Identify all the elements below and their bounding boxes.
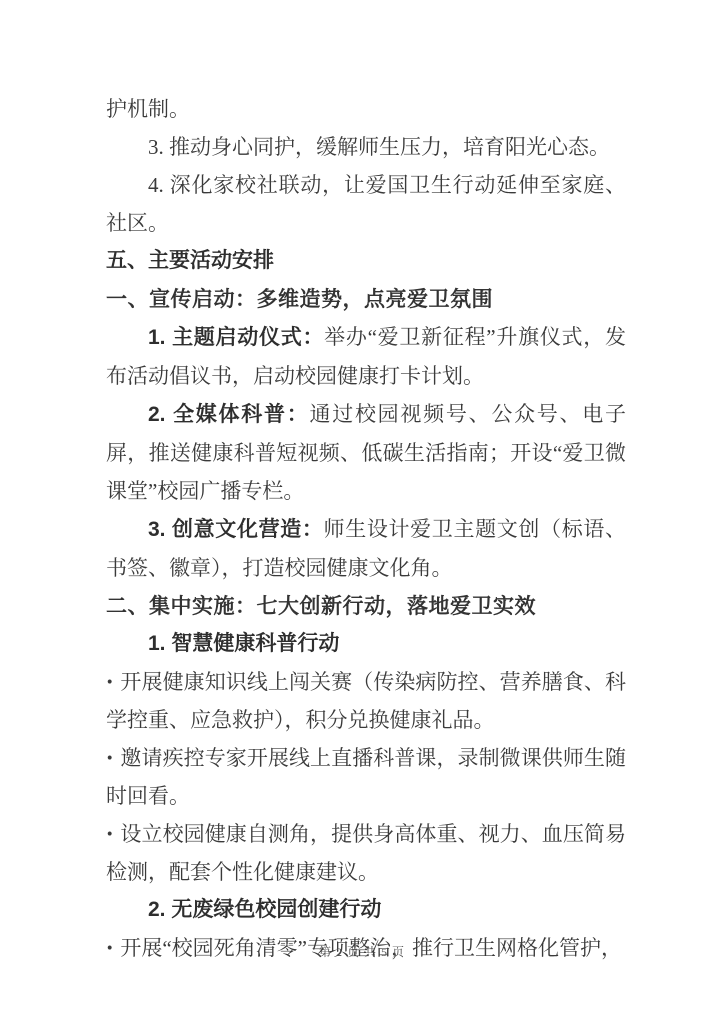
bullet-icon: • (107, 743, 113, 773)
document-page: 护机制。 3. 推动身心同护，缓解师生压力，培育阳光心态。 4. 深化家校社联动… (0, 0, 724, 1024)
bullet-text: 邀请疾控专家开展线上直播科普课，录制微课供师生随时回看。 (106, 746, 626, 808)
paragraph-continuation: 护机制。 (106, 90, 626, 128)
paragraph-lead: 2. 全媒体科普： (148, 403, 309, 426)
paragraph-creative-culture: 3. 创意文化营造：师生设计爱卫主题文创（标语、书签、徽章），打造校园健康文化角… (106, 510, 626, 587)
paragraph-theme-launch: 1. 主题启动仪式：举办“爱卫新征程”升旗仪式，发布活动倡议书，启动校园健康打卡… (106, 318, 626, 395)
bullet-item-quiz: •开展健康知识线上闯关赛（传染病防控、营养膳食、科学控重、应急救护），积分兑换健… (106, 663, 626, 739)
bullet-icon: • (107, 667, 113, 697)
paragraph-lead: 3. 创意文化营造： (148, 518, 324, 541)
subsection-heading-implementation: 二、集中实施：七大创新行动，落地爱卫实效 (106, 587, 626, 625)
bullet-icon: • (107, 819, 113, 849)
subsection-heading-publicity-launch: 一、宣传启动：多维造势，点亮爱卫氛围 (106, 280, 626, 318)
bullet-text: 开展健康知识线上闯关赛（传染病防控、营养膳食、科学控重、应急救护），积分兑换健康… (106, 670, 626, 732)
document-body: 护机制。 3. 推动身心同护，缓解师生压力，培育阳光心态。 4. 深化家校社联动… (106, 90, 626, 967)
paragraph-media-science: 2. 全媒体科普：通过校园视频号、公众号、电子屏，推送健康科普短视频、低碳生活指… (106, 395, 626, 510)
bullet-item-expert-lecture: •邀请疾控专家开展线上直播科普课，录制微课供师生随时回看。 (106, 739, 626, 815)
section-heading-main-activities: 五、主要活动安排 (106, 242, 626, 280)
action-heading-smart-health: 1. 智慧健康科普行动 (106, 625, 626, 663)
action-heading-green-campus: 2. 无废绿色校园创建行动 (106, 891, 626, 929)
bullet-text: 设立校园健康自测角，提供身高体重、视力、血压简易检测，配套个性化健康建议。 (106, 822, 626, 884)
paragraph-lead: 1. 主题启动仪式： (148, 326, 324, 349)
numbered-point-3: 3. 推动身心同护，缓解师生压力，培育阳光心态。 (106, 128, 626, 166)
numbered-point-4: 4. 深化家校社联动，让爱国卫生行动延伸至家庭、社区。 (106, 166, 626, 242)
page-footer: 第 2 页 共 5 页 (0, 944, 724, 960)
bullet-item-self-test-corner: •设立校园健康自测角，提供身高体重、视力、血压简易检测，配套个性化健康建议。 (106, 815, 626, 891)
